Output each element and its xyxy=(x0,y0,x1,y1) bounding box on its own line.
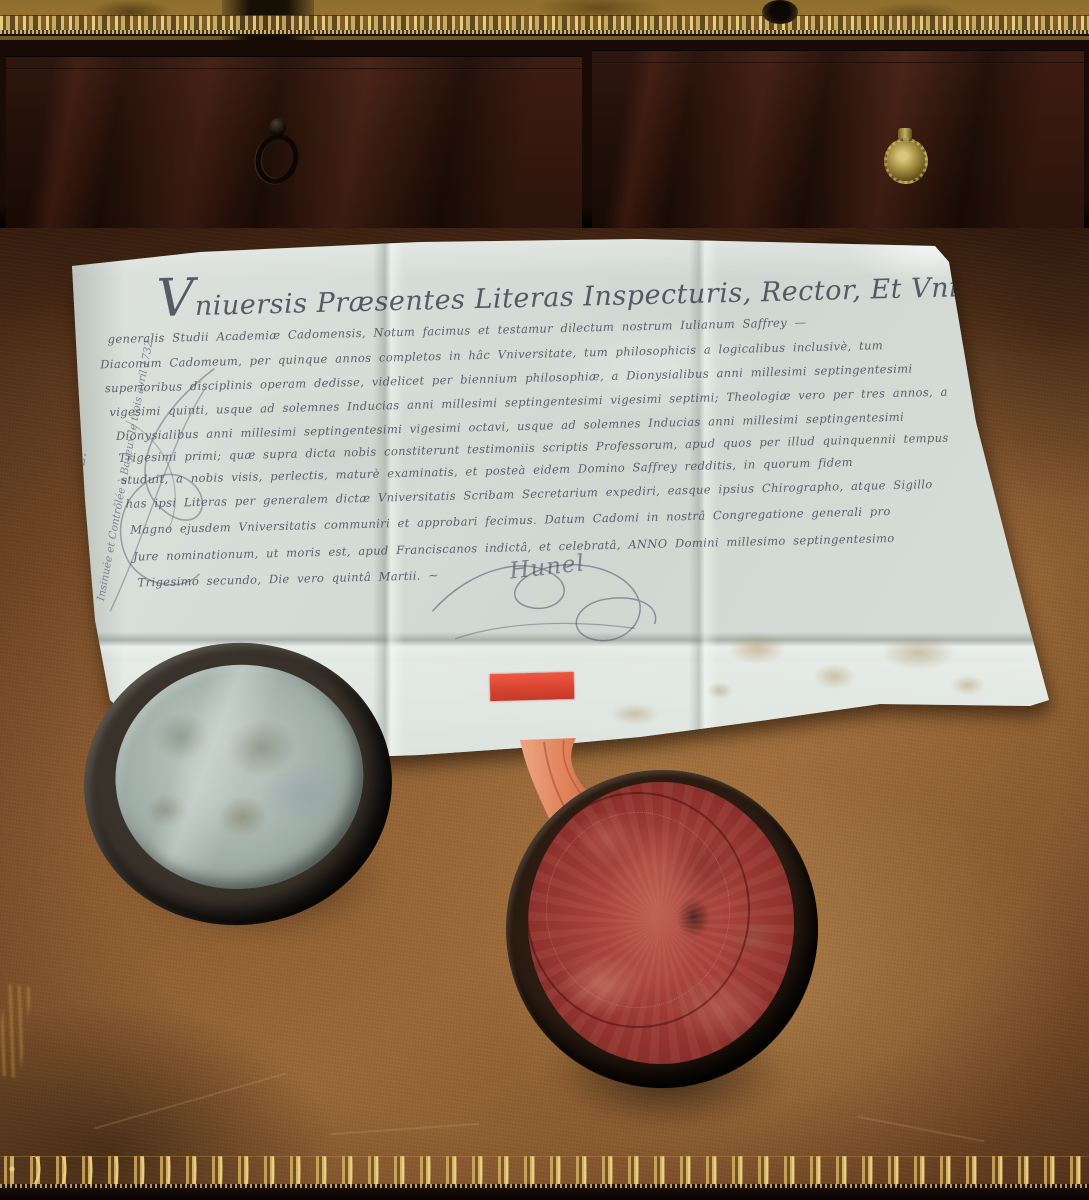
drawer-right xyxy=(592,50,1084,228)
gilt-bead-edge xyxy=(0,30,1089,36)
gilt-tooled-border-bottom xyxy=(0,1156,1089,1186)
margin-number: 2. xyxy=(73,451,89,466)
keyhole-escutcheon xyxy=(762,0,798,24)
brass-rosette-pull xyxy=(884,138,928,184)
parchment-stain xyxy=(603,700,667,728)
skippet-lid-interior xyxy=(106,654,373,899)
parchment-heading: Vniuersis Præsentes Literas Inspecturis,… xyxy=(156,250,1072,327)
desk-front-edge xyxy=(0,1188,1089,1200)
photo-scene: Vniuersis Præsentes Literas Inspecturis,… xyxy=(0,0,1089,1200)
margin-paraph-flourish xyxy=(64,358,261,643)
seal-skippet-box xyxy=(506,770,818,1088)
parchment-stains xyxy=(695,622,1005,710)
red-ribbon-through-plica xyxy=(490,672,575,701)
embossed-gold-border xyxy=(0,15,1089,30)
seal-inner-ring xyxy=(546,812,730,1008)
